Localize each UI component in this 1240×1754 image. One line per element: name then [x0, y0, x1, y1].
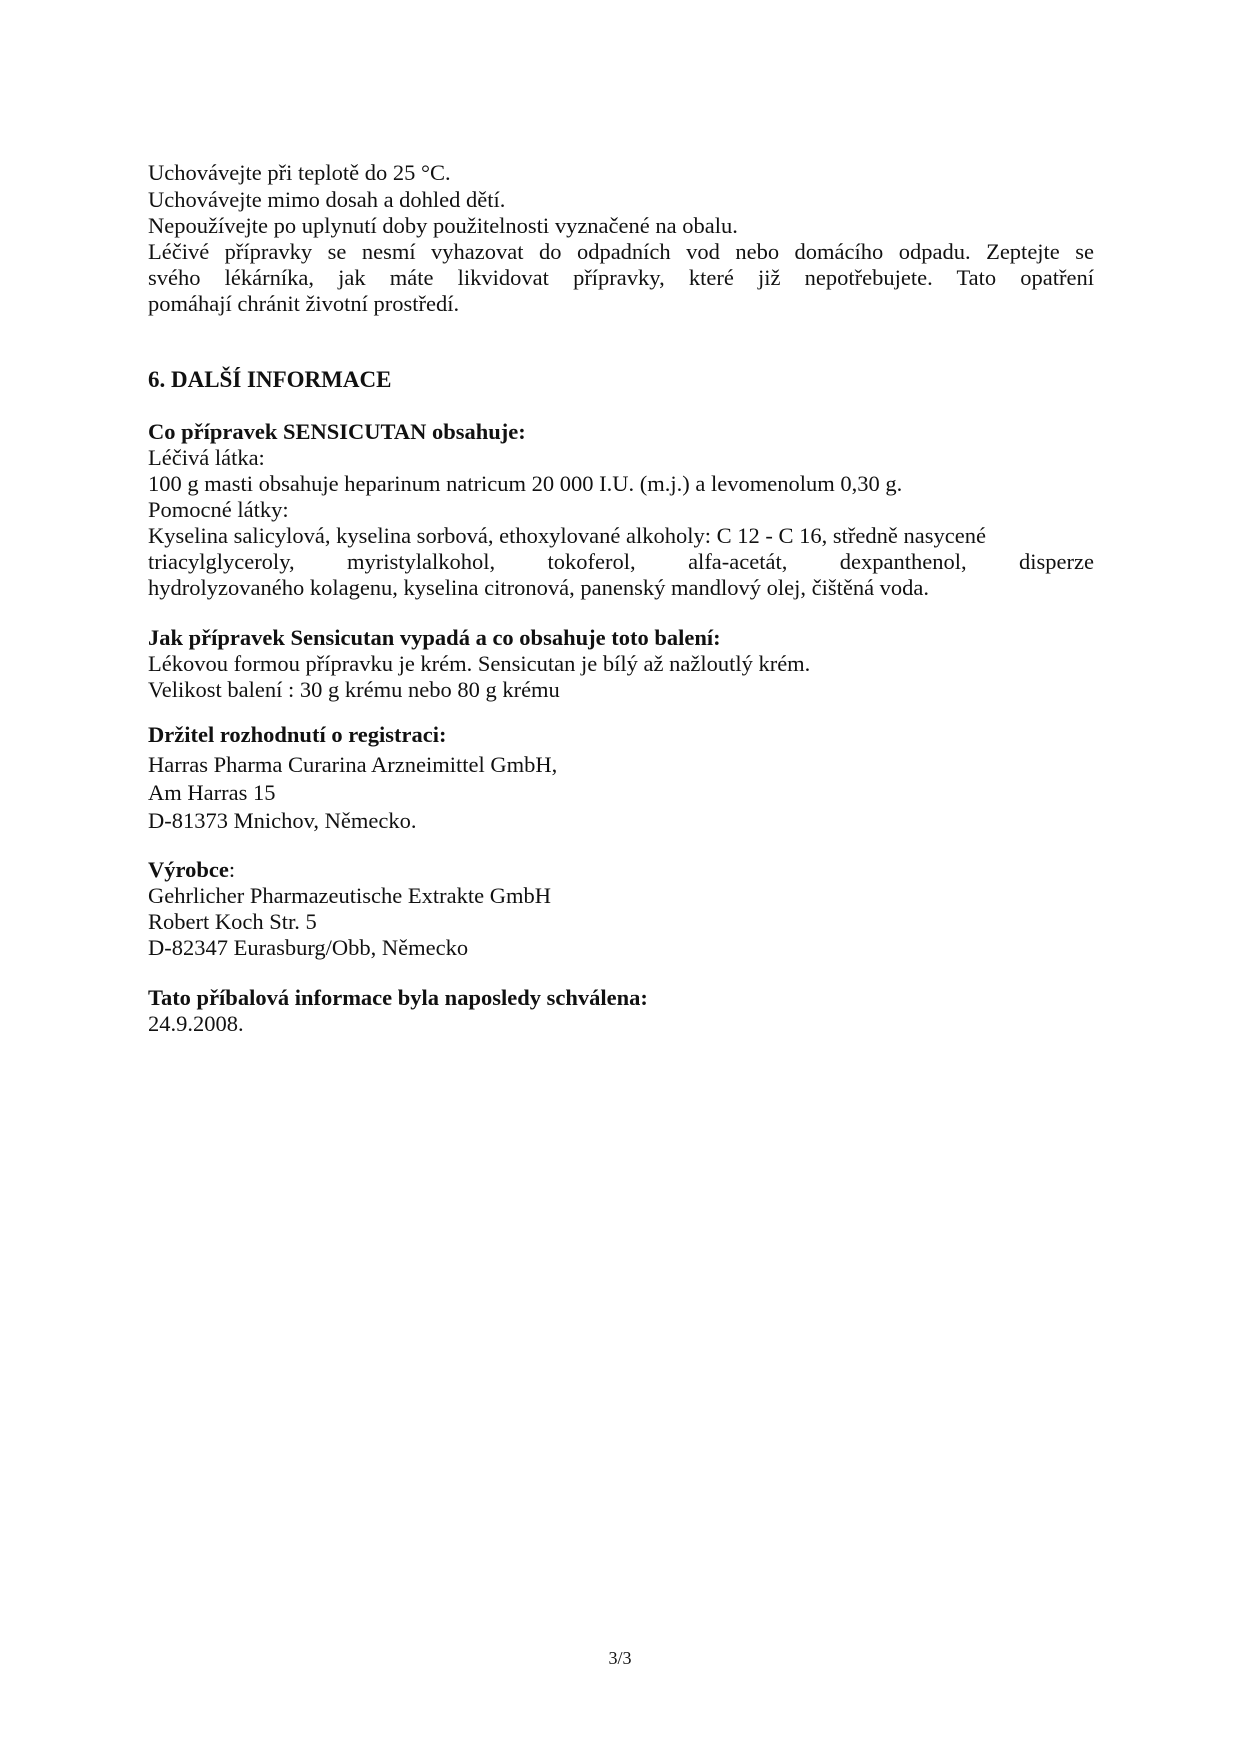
- storage-line: Nepoužívejte po uplynutí doby použitelno…: [148, 213, 738, 239]
- appearance-heading: Jak přípravek Sensicutan vypadá a co obs…: [148, 625, 721, 651]
- holder-heading: Držitel rozhodnutí o registraci:: [148, 722, 446, 748]
- manufacturer-line: Gehrlicher Pharmazeutische Extrakte GmbH: [148, 883, 551, 909]
- section-title: 6. DALŠÍ INFORMACE: [148, 367, 391, 393]
- holder-line: Harras Pharma Curarina Arzneimittel GmbH…: [148, 752, 557, 778]
- approval-heading: Tato příbalová informace byla naposledy …: [148, 985, 648, 1011]
- active-substance-text: 100 g masti obsahuje heparinum natricum …: [148, 471, 902, 497]
- appearance-line: Velikost balení : 30 g krému nebo 80 g k…: [148, 677, 560, 703]
- holder-line: Am Harras 15: [148, 780, 275, 806]
- manufacturer-heading: Výrobce:: [148, 857, 235, 883]
- composition-heading: Co přípravek SENSICUTAN obsahuje:: [148, 419, 526, 445]
- active-substance-label: Léčivá látka:: [148, 445, 265, 471]
- manufacturer-line: Robert Koch Str. 5: [148, 909, 317, 935]
- holder-line: D-81373 Mnichov, Německo.: [148, 808, 416, 834]
- approval-date: 24.9.2008.: [148, 1011, 244, 1037]
- excipients-line: Kyselina salicylová, kyselina sorbová, e…: [148, 523, 986, 549]
- page-number: 3/3: [0, 1648, 1240, 1669]
- excipients-line: triacylglyceroly, myristylalkohol, tokof…: [148, 549, 1094, 575]
- storage-line: Uchovávejte mimo dosah a dohled dětí.: [148, 187, 505, 213]
- manufacturer-heading-text: Výrobce: [148, 857, 229, 882]
- storage-line: Uchovávejte při teplotě do 25 °C.: [148, 160, 451, 186]
- excipients-label: Pomocné látky:: [148, 497, 289, 523]
- appearance-line: Lékovou formou přípravku je krém. Sensic…: [148, 651, 810, 677]
- manufacturer-heading-colon: :: [229, 857, 235, 882]
- excipients-line: hydrolyzovaného kolagenu, kyselina citro…: [148, 575, 929, 601]
- disposal-line: svého lékárníka, jak máte likvidovat pří…: [148, 265, 1094, 291]
- disposal-line: pomáhají chránit životní prostředí.: [148, 291, 459, 317]
- disposal-line: Léčivé přípravky se nesmí vyhazovat do o…: [148, 239, 1094, 265]
- manufacturer-line: D-82347 Eurasburg/Obb, Německo: [148, 935, 468, 961]
